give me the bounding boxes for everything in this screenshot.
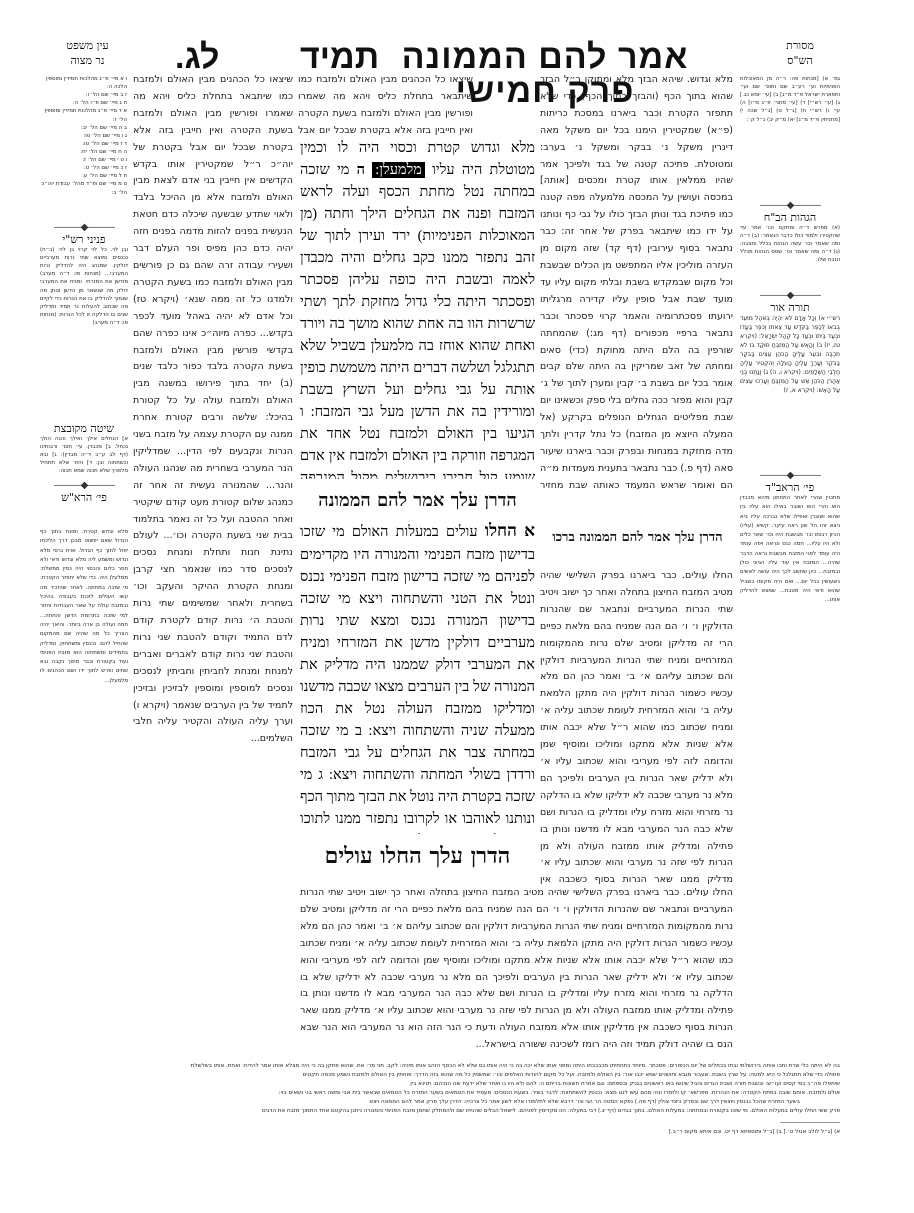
ein-mishpat-entry: ה ח מיי׳ שם הל׳ יח: [40,148,127,156]
ornament-divider [740,290,840,301]
daf-start-marker: מלמעלן: [372,162,425,178]
rashi-top-center: שיצאו כל הכהנים מבין האולם ולמזבח כמו שי… [298,72,473,136]
rosh-text: מלא וגדוש קטרת. ומונח בתוך כף הגדול שאם … [40,528,128,1058]
bottom-line: בשער המזרח שהכל נבנסין ויוצאין דרך שם וב… [40,1098,840,1107]
bottom-commentary: בה לא היתה כלי שרת ותכו אותה בירושלמי וב… [40,1062,840,1116]
ein-mishpat-header: עין משפט נר מצוה [50,39,125,69]
ein-mishpat-entry: ו ט י מיי׳ שם הל׳ ז: [40,156,127,164]
masoret-header: מסורת הש"ס [765,39,835,69]
ein-mishpat-entry: ט מ מיי׳ שם ופ״ד מהל׳ עבודת יוה״כ הל׳ ב: [40,180,127,196]
ein-mishpat-entry: ח ג מיי׳ שם פ״ו הל׳ ה: [40,99,127,107]
masoret-title: מסורת [765,39,835,54]
ornament-divider [40,222,128,233]
inner-left-commentary: שיצאו כל הכהנים מבין האולם ולמזבח כמו שי… [133,72,293,1057]
footnote-divider [780,1122,840,1123]
shita-text: א] הגחלים אילך ואילך והנה הולך נכחל: ב] … [40,435,128,476]
ein-mishpat-entry: ד ז מיי׳ שם הל׳ טו: [40,140,127,148]
bottom-line: בה לא היתה כלי שרת ותכו אותה בירושלמי וב… [40,1062,840,1071]
mishnah-chapter-six: א החלו עולים במעלות האולם מי שזכו בדישון… [300,518,535,834]
ein-mishpat-subtitle: נר מצוה [50,54,125,69]
ein-mishpat-entry: ז כ מיי׳ שם הל׳ ט: [40,164,127,172]
bottom-line: פתולה כדי שלא תתגלגל כי היא למטה: על שרץ… [40,1071,840,1080]
hagahot-text: (א) מפרש ד״ה ומתקנו וכו׳ אמר עד שהקטירו … [740,224,840,265]
torah-or-text: רש״י א) וְכָל אָדָם לֹא יִהְיֶה בְּאֹהֶל… [740,314,840,395]
mishnah-opening-word: החלו [485,521,517,540]
mishnah-opening-letter: א [524,521,535,540]
mishnah-text-after: מי שזכה במחתה נטל מחתת הכסף ועלה לראש המ… [300,162,535,479]
tractate-name: תמיד [300,40,379,74]
right-commentary-bottom: החלו עולים. כבר ביארנו בפרק השלישי שהיה … [540,568,733,888]
torah-or-section: תורה אור רש״י א) וְכָל אָדָם לֹא יִהְיֶה… [740,290,840,395]
lower-center-commentary: החלו עולים. כבר ביארנו בפרק השלישי שהיה … [300,885,733,1057]
daf-number: לג. [175,40,220,74]
masoret-subtitle: הש"ס [765,54,835,69]
ein-mishpat-entry: ג ו מיי׳ שם הל׳ טו: [40,132,127,140]
pnei-rashi-section: פניני רש"י ובן לוי. כל לוי קרוי בן לוי: … [40,222,128,327]
mishnah-letter: ה [357,162,365,178]
ein-mishpat-entry: ח ל מיי׳ שם הל׳ ע: [40,172,127,180]
rashi-top-center-text: שיצאו כל הכהנים מבין האולם ולמזבח כמו שי… [298,74,473,136]
ein-mishpat-title: עין משפט [50,39,125,54]
footnotes: א) [ג״ל לולב אגזל ט׳.] ב) [ג״ל ותוספתא ד… [560,1128,840,1137]
ornament-divider [40,480,128,491]
right-commentary-hadran: הדרן עלך אמר להם הממונה ברכו [545,530,730,547]
ornament-divider [740,200,840,211]
ein-mishpat-list: ו א מיי׳ פ״ג מהלכות תמידין ומוספין הלכה … [40,75,127,197]
ein-mishpat-entry: ו א מיי׳ פ״ג מהלכות תמידין ומוספין הלכה … [40,75,127,91]
raavad-title: פי׳ הראב"ד [740,481,840,494]
mishnah-chapter-six-text: עולים במעלות האולם מי שזכו בדישון מזבח ה… [300,524,535,834]
bottom-line: פרק ששי החלו עולים במעלות האולם. מי שזכו… [40,1107,840,1116]
mishnah-upper: מלא וגדוש קטרת וכסוי היה לו וכמין מטוטלת… [300,137,535,479]
shita-section: שיטה מקובצת א] הגחלים אילך ואילך והנה הו… [40,422,128,504]
pnei-rashi-text: ובן לוי. כל לוי קרוי בן לוי: (ב״ח) נכנסי… [40,246,128,327]
raavad-section: פי׳ הראב"ד מתכוין שהרי לאחר התחתון מיהא … [740,470,840,1064]
bottom-line: שיתפלו סה״כ בפי קסים ועו״ש: ובשבת תורה ו… [40,1080,840,1089]
hadran-top: הדרן עלך אמר להם הממונה [300,490,535,511]
torah-or-title: תורה אור [740,301,840,314]
shita-title: שיטה מקובצת [40,422,128,435]
ein-mishpat-entry: א ד מיי׳ פ״ג מהלכות תמידין ומוספין הל׳ ז… [40,107,127,123]
right-commentary-top: מלא וגדוש. שיהא הבזך מלא ומתוקן ר״ל הבזך… [540,72,733,497]
ornament-divider [740,470,840,481]
masoret-entries: גמ׳ א) [מנחות פה: ר״ה מן המאוכלות הפנימי… [740,75,840,195]
hagahot-section: הגהות הב"ח (א) מפרש ד״ה ומתקנו וכו׳ אמר … [740,200,840,265]
raavad-text: מתכוין שהרי לאחר התחתון מיהא מכבדן הוא ו… [740,494,840,1064]
ein-mishpat-entry: ב ה מיי׳ שם הל׳ יב: [40,124,127,132]
bottom-line: אולם ולמזבח. אותם שובה בפתח הקטרה: את הנ… [40,1089,840,1098]
hadran-bottom: הדרן עלך החלו עולים [300,843,535,869]
rosh-title: פי׳ הרא"ש [40,491,128,504]
ein-mishpat-entry: ז ב מיי׳ שם הל׳ ו: [40,91,127,99]
pnei-rashi-title: פניני רש"י [40,233,128,246]
hagahot-title: הגהות הב"ח [740,211,840,224]
